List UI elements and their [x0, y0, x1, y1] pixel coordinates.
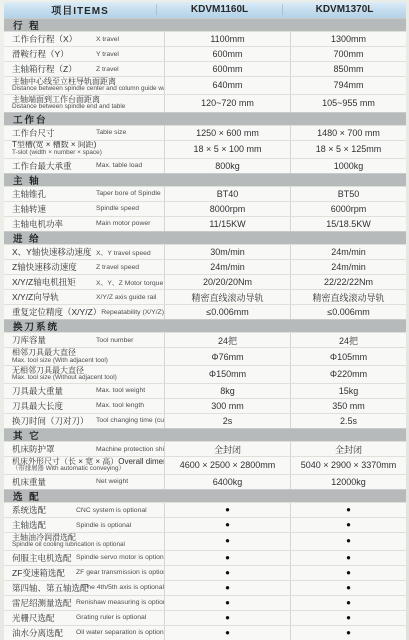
- spec-value: ●: [164, 533, 290, 550]
- row-label-en: Max. tool size (Without adjacent tool): [12, 375, 117, 382]
- spec-value: 700mm: [290, 47, 406, 61]
- spec-row: ZF变速箱选配ZF gear transmission is optional●…: [4, 565, 406, 580]
- row-label-en: The 4th/5th axis is optional: [83, 584, 164, 591]
- spec-value: 8000rpm: [164, 202, 290, 216]
- spec-row: 系统选配CNC system is optional●●: [4, 502, 406, 517]
- spec-value: ≤0.006mm: [164, 305, 290, 319]
- row-label-cell: 机床重量Net weight: [4, 475, 164, 489]
- row-label-cell: 工作台最大承重Max. table load: [4, 159, 164, 173]
- spec-value: 24m/min: [164, 260, 290, 274]
- spec-row: 主轴转速Spindle speed8000rpm6000rpm: [4, 201, 406, 216]
- spec-value: 20/20/20Nm: [164, 275, 290, 289]
- row-label-cell: 滑鞍行程（Y）Y travel: [4, 47, 164, 61]
- row-label-cell: ZF变速箱选配ZF gear transmission is optional: [4, 566, 164, 580]
- row-label-cell: 无相邻刀具最大直径Max. tool size (Without adjacen…: [4, 366, 164, 383]
- spec-value: 6000rpm: [290, 202, 406, 216]
- row-label-cn: 机床防护罩: [12, 443, 96, 455]
- spec-row: 主轴油冷润滑选配Spindle oil cooling lubrication …: [4, 532, 406, 550]
- row-label-en: ZF gear transmission is optional: [76, 569, 164, 576]
- row-label-cell: 主轴油冷润滑选配Spindle oil cooling lubrication …: [4, 533, 164, 550]
- spec-value: ●: [290, 566, 406, 580]
- spec-row: T型槽(宽 × 槽数 × 间距)T-slot (width × number ×…: [4, 140, 406, 158]
- row-label-cn: 主轴选配: [12, 519, 76, 531]
- spec-value: 1480 × 700 mm: [290, 126, 406, 140]
- row-label-en: Spindle speed: [96, 205, 139, 212]
- spec-value: 24把: [290, 333, 406, 347]
- row-label-cn: Z轴快速移动速度: [12, 261, 96, 273]
- spec-row: 机床防护罩Machine protection shield全封闭全封闭: [4, 441, 406, 456]
- row-label-en: Max. table load: [96, 162, 142, 169]
- spec-value: 800kg: [164, 159, 290, 173]
- spec-row: 刀具最大重量Max. tool weight8kg15kg: [4, 383, 406, 398]
- spec-value: 600mm: [164, 62, 290, 76]
- spec-table: 项目ITEMS KDVM1160L KDVM1370L 行 程工作台行程（X）X…: [4, 2, 406, 640]
- row-label-cell: 主轴端面到工作台面距离Distance between spindle end …: [4, 95, 164, 112]
- spec-value: 2s: [164, 414, 290, 428]
- row-label-cell: 主轴电机功率Main motor power: [4, 217, 164, 231]
- filled-dot-icon: ●: [346, 584, 351, 592]
- filled-dot-icon: ●: [225, 614, 230, 622]
- spec-value: 24把: [164, 333, 290, 347]
- spec-value: Φ220mm: [290, 366, 406, 383]
- row-label-en: Grating ruler is optional: [76, 614, 146, 621]
- row-label-cn: 工作台最大承重: [12, 160, 96, 172]
- spec-value: ●: [164, 596, 290, 610]
- section-header-7: 选 配: [4, 489, 406, 502]
- spec-row: 工作台最大承重Max. table load800kg1000kg: [4, 158, 406, 173]
- row-label-cell: X/Y/Z轴电机扭矩X、Y、Z Motor torque: [4, 275, 164, 289]
- spec-value: 5040 × 2900 × 3370mm: [290, 457, 406, 474]
- row-label-cell: 刀具最大长度Max. tool length: [4, 399, 164, 413]
- spec-row: X、Y轴快速移动速度X、Y travel speed30m/min24m/min: [4, 244, 406, 259]
- spec-row: 工作台行程（X）X travel1100mm1300mm: [4, 31, 406, 46]
- section-header-5: 换刀系统: [4, 319, 406, 332]
- row-label-cell: 主轴转速Spindle speed: [4, 202, 164, 216]
- row-label-cell: 机床外形尺寸（长 × 宽 × 高）Overall dimensions(L×W×…: [4, 457, 164, 474]
- header-items-label: 项目ITEMS: [4, 2, 156, 17]
- row-label-en: Repeatability (X/Y/Z): [101, 309, 164, 316]
- row-label-cn: 主轴锥孔: [12, 188, 96, 200]
- spec-value: 30m/min: [164, 245, 290, 259]
- row-label-en: Distance between spindle end and table: [12, 104, 125, 111]
- filled-dot-icon: ●: [225, 629, 230, 637]
- spec-row: 主轴选配Spindle is optional●●: [4, 517, 406, 532]
- row-label-cell: 第四轴、第五轴选配The 4th/5th axis is optional: [4, 581, 164, 595]
- row-label-en: Tool number: [96, 337, 133, 344]
- row-label-en: CNC system is optional: [76, 507, 147, 514]
- row-label-cn: 主轴箱行程（Z）: [12, 63, 96, 75]
- spec-value: 全封闭: [290, 442, 406, 456]
- row-label-cell: 工作台尺寸Table size: [4, 126, 164, 140]
- spec-value: ●: [290, 551, 406, 565]
- spec-value: ●: [290, 596, 406, 610]
- spec-row: 主轴端面到工作台面距离Distance between spindle end …: [4, 94, 406, 112]
- row-label-en: Machine protection shield: [96, 446, 164, 453]
- spec-value: ●: [164, 566, 290, 580]
- row-label-en: X、Y travel speed: [96, 247, 151, 257]
- spec-row: 油水分离选配Oil water separation is optional●●: [4, 625, 406, 640]
- spec-value: 105~955 mm: [290, 95, 406, 112]
- spec-value: ●: [164, 503, 290, 517]
- row-label-cell: T型槽(宽 × 槽数 × 间距)T-slot (width × number ×…: [4, 141, 164, 158]
- spec-value: 24m/min: [290, 245, 406, 259]
- spec-value: 300 mm: [164, 399, 290, 413]
- spec-value: ●: [164, 518, 290, 532]
- row-label-cell: 刀库容量Tool number: [4, 333, 164, 347]
- spec-row: 主轴电机功率Main motor power11/15KW15/18.5KW: [4, 216, 406, 231]
- filled-dot-icon: ●: [225, 537, 230, 545]
- spec-value: 18 × 5 × 125mm: [290, 141, 406, 158]
- row-label-cell: 刀具最大重量Max. tool weight: [4, 384, 164, 398]
- spec-value: 15kg: [290, 384, 406, 398]
- filled-dot-icon: ●: [346, 614, 351, 622]
- spec-row: 雷尼绍测量选配Renishaw measuring is optional●●: [4, 595, 406, 610]
- spec-row: 主轴箱行程（Z）Z travel600mm850mm: [4, 61, 406, 76]
- spec-value: 全封闭: [164, 442, 290, 456]
- row-label-cell: X、Y轴快速移动速度X、Y travel speed: [4, 245, 164, 259]
- row-label-cell: 重复定位精度（X/Y/Z）Repeatability (X/Y/Z): [4, 305, 164, 319]
- row-label-en: Table size: [96, 129, 126, 136]
- spec-value: ●: [290, 581, 406, 595]
- spec-row: 主轴锥孔Taper bore of SpindleBT40BT50: [4, 186, 406, 201]
- section-title: 其 它: [13, 428, 41, 442]
- spec-value: 120~720 mm: [164, 95, 290, 112]
- row-label-cn: 第四轴、第五轴选配: [12, 582, 83, 594]
- spec-value: Φ76mm: [164, 348, 290, 365]
- row-label-en: Main motor power: [96, 220, 150, 227]
- spec-value: ●: [290, 611, 406, 625]
- filled-dot-icon: ●: [225, 584, 230, 592]
- row-label-en: X、Y、Z Motor torque: [96, 277, 163, 287]
- header-model-kdvm1160l: KDVM1160L: [156, 4, 282, 15]
- spec-value: 24m/min: [290, 260, 406, 274]
- row-label-en: Spindle is optional: [76, 522, 131, 529]
- row-label-cell: 主轴中心线至立柱导轨面距离Distance between spindle ce…: [4, 77, 164, 94]
- spec-row: 伺服主电机选配Spindle servo motor is optional●●: [4, 550, 406, 565]
- spec-row: X/Y/Z轴电机扭矩X、Y、Z Motor torque20/20/20Nm22…: [4, 274, 406, 289]
- row-label-cn: 刀具最大重量: [12, 385, 96, 397]
- spec-value: 4600 × 2500 × 2800mm: [164, 457, 290, 474]
- filled-dot-icon: ●: [346, 554, 351, 562]
- row-label-en: Z travel: [96, 66, 119, 73]
- row-label-cell: X/Y/Z向导轨X/Y/Z axis guide rail: [4, 290, 164, 304]
- spec-value: ●: [164, 626, 290, 640]
- spec-value: 15/18.5KW: [290, 217, 406, 231]
- row-label-cell: 机床防护罩Machine protection shield: [4, 442, 164, 456]
- spec-value: BT50: [290, 187, 406, 201]
- section-title: 进 给: [13, 231, 41, 245]
- filled-dot-icon: ●: [225, 521, 230, 529]
- spec-value: 850mm: [290, 62, 406, 76]
- section-title: 换刀系统: [13, 319, 59, 333]
- row-label-cn: 工作台行程（X）: [12, 33, 96, 45]
- row-label-cn: 光栅尺选配: [12, 612, 76, 624]
- spec-value: 12000kg: [290, 475, 406, 489]
- row-label-en: Spindle servo motor is optional: [76, 554, 164, 561]
- row-label-en: （带排屑器 With automatic conveying）: [12, 466, 125, 473]
- spec-value: 600mm: [164, 47, 290, 61]
- spec-value: 794mm: [290, 77, 406, 94]
- section-title: 主 轴: [13, 173, 41, 187]
- row-label-en: X travel: [96, 36, 119, 43]
- spec-row: 重复定位精度（X/Y/Z）Repeatability (X/Y/Z)≤0.006…: [4, 304, 406, 319]
- spec-value: ●: [290, 533, 406, 550]
- row-label-cn: 雷尼绍测量选配: [12, 597, 76, 609]
- spec-value: 2.5s: [290, 414, 406, 428]
- spec-value: ≤0.006mm: [290, 305, 406, 319]
- spec-row: 第四轴、第五轴选配The 4th/5th axis is optional●●: [4, 580, 406, 595]
- row-label-cell: 系统选配CNC system is optional: [4, 503, 164, 517]
- row-label-cn: 油水分离选配: [12, 627, 76, 639]
- spec-value: ●: [164, 611, 290, 625]
- row-label-cn: 工作台尺寸: [12, 127, 96, 139]
- row-label-en: Distance between spindle center and colu…: [12, 86, 164, 93]
- section-title: 工作台: [13, 112, 48, 126]
- table-header-row: 项目ITEMS KDVM1160L KDVM1370L: [4, 2, 406, 18]
- spec-value: ●: [164, 581, 290, 595]
- row-label-cell: 油水分离选配Oil water separation is optional: [4, 626, 164, 640]
- row-label-en: X/Y/Z axis guide rail: [96, 294, 156, 301]
- row-label-en: Renishaw measuring is optional: [76, 599, 164, 606]
- filled-dot-icon: ●: [225, 506, 230, 514]
- spec-value: 11/15KW: [164, 217, 290, 231]
- row-label-en: Taper bore of Spindle: [96, 190, 161, 197]
- filled-dot-icon: ●: [346, 569, 351, 577]
- filled-dot-icon: ●: [346, 599, 351, 607]
- filled-dot-icon: ●: [346, 506, 351, 514]
- spec-row: Z轴快速移动速度Z travel speed24m/min24m/min: [4, 259, 406, 274]
- spec-value: 6400kg: [164, 475, 290, 489]
- filled-dot-icon: ●: [346, 629, 351, 637]
- spec-row: 相邻刀具最大直径Max. tool size (With adjacent to…: [4, 347, 406, 365]
- spec-value: 1100mm: [164, 32, 290, 46]
- spec-value: 1000kg: [290, 159, 406, 173]
- row-label-cell: 换刀时间（刀对刀）Tool changing time (cut to cut): [4, 414, 164, 428]
- filled-dot-icon: ●: [225, 599, 230, 607]
- filled-dot-icon: ●: [346, 537, 351, 545]
- row-label-cell: 雷尼绍测量选配Renishaw measuring is optional: [4, 596, 164, 610]
- spec-row: 工作台尺寸Table size1250 × 600 mm1480 × 700 m…: [4, 125, 406, 140]
- row-label-en: Max. tool length: [96, 402, 144, 409]
- row-label-cn: 刀具最大长度: [12, 400, 96, 412]
- row-label-en: Y travel: [96, 51, 119, 58]
- spec-sheet-page: 项目ITEMS KDVM1160L KDVM1370L 行 程工作台行程（X）X…: [0, 0, 409, 640]
- row-label-cn: 伺服主电机选配: [12, 552, 76, 564]
- row-label-en: Spindle oil cooling lubrication is optio…: [12, 542, 125, 549]
- spec-row: 滑鞍行程（Y）Y travel600mm700mm: [4, 46, 406, 61]
- row-label-cell: 主轴箱行程（Z）Z travel: [4, 62, 164, 76]
- section-header-6: 其 它: [4, 428, 406, 441]
- spec-value: 18 × 5 × 100 mm: [164, 141, 290, 158]
- row-label-en: Oil water separation is optional: [76, 629, 164, 636]
- row-label-cell: 伺服主电机选配Spindle servo motor is optional: [4, 551, 164, 565]
- section-title: 选 配: [13, 489, 41, 503]
- spec-value: 640mm: [164, 77, 290, 94]
- row-label-en: Tool changing time (cut to cut): [96, 417, 164, 424]
- section-header-2: 工作台: [4, 112, 406, 125]
- row-label-en: Max. tool size (With adjacent tool): [12, 358, 108, 365]
- row-label-cell: 主轴选配Spindle is optional: [4, 518, 164, 532]
- row-label-en: Max. tool weight: [96, 387, 145, 394]
- section-title: 行 程: [13, 18, 41, 32]
- section-header-4: 进 给: [4, 231, 406, 244]
- filled-dot-icon: ●: [346, 521, 351, 529]
- spec-value: Φ105mm: [290, 348, 406, 365]
- filled-dot-icon: ●: [225, 569, 230, 577]
- spec-row: 机床重量Net weight6400kg12000kg: [4, 474, 406, 489]
- spec-value: 精密直线滚动导轨: [290, 290, 406, 304]
- spec-row: 无相邻刀具最大直径Max. tool size (Without adjacen…: [4, 365, 406, 383]
- row-label-cn: X、Y轴快速移动速度: [12, 246, 96, 258]
- row-label-cn: 系统选配: [12, 504, 76, 516]
- row-label-en: Z travel speed: [96, 264, 139, 271]
- spec-value: ●: [164, 551, 290, 565]
- spec-row: X/Y/Z向导轨X/Y/Z axis guide rail精密直线滚动导轨精密直…: [4, 289, 406, 304]
- spec-row: 主轴中心线至立柱导轨面距离Distance between spindle ce…: [4, 76, 406, 94]
- spec-value: ●: [290, 626, 406, 640]
- row-label-cn: 重复定位精度（X/Y/Z）: [12, 306, 101, 318]
- spec-value: 8kg: [164, 384, 290, 398]
- spec-value: 1300mm: [290, 32, 406, 46]
- row-label-cn: 换刀时间（刀对刀）: [12, 415, 96, 427]
- row-label-cell: 主轴锥孔Taper bore of Spindle: [4, 187, 164, 201]
- row-label-cn: X/Y/Z轴电机扭矩: [12, 276, 96, 288]
- row-label-en: T-slot (width × number × space): [12, 150, 102, 157]
- spec-row: 机床外形尺寸（长 × 宽 × 高）Overall dimensions(L×W×…: [4, 456, 406, 474]
- row-label-cell: 相邻刀具最大直径Max. tool size (With adjacent to…: [4, 348, 164, 365]
- spec-row: 换刀时间（刀对刀）Tool changing time (cut to cut)…: [4, 413, 406, 428]
- spec-value: 精密直线滚动导轨: [164, 290, 290, 304]
- row-label-cn: 主轴转速: [12, 203, 96, 215]
- row-label-en: Net weight: [96, 478, 128, 485]
- row-label-cn: 刀库容量: [12, 334, 96, 346]
- row-label-cn: X/Y/Z向导轨: [12, 291, 96, 303]
- row-label-cell: Z轴快速移动速度Z travel speed: [4, 260, 164, 274]
- section-header-1: 行 程: [4, 18, 406, 31]
- header-model-kdvm1370l: KDVM1370L: [282, 4, 406, 15]
- spec-value: 350 mm: [290, 399, 406, 413]
- section-header-3: 主 轴: [4, 173, 406, 186]
- row-label-cell: 工作台行程（X）X travel: [4, 32, 164, 46]
- spec-row: 刀具最大长度Max. tool length300 mm350 mm: [4, 398, 406, 413]
- spec-value: ●: [290, 518, 406, 532]
- spec-row: 刀库容量Tool number24把24把: [4, 332, 406, 347]
- spec-value: 1250 × 600 mm: [164, 126, 290, 140]
- row-label-cn: 机床重量: [12, 476, 96, 488]
- spec-value: BT40: [164, 187, 290, 201]
- row-label-cell: 光栅尺选配Grating ruler is optional: [4, 611, 164, 625]
- spec-value: ●: [290, 503, 406, 517]
- spec-value: Φ150mm: [164, 366, 290, 383]
- spec-row: 光栅尺选配Grating ruler is optional●●: [4, 610, 406, 625]
- row-label-cn: 主轴电机功率: [12, 218, 96, 230]
- spec-value: 22/22/22Nm: [290, 275, 406, 289]
- row-label-cn: ZF变速箱选配: [12, 567, 76, 579]
- filled-dot-icon: ●: [225, 554, 230, 562]
- row-label-cn: 滑鞍行程（Y）: [12, 48, 96, 60]
